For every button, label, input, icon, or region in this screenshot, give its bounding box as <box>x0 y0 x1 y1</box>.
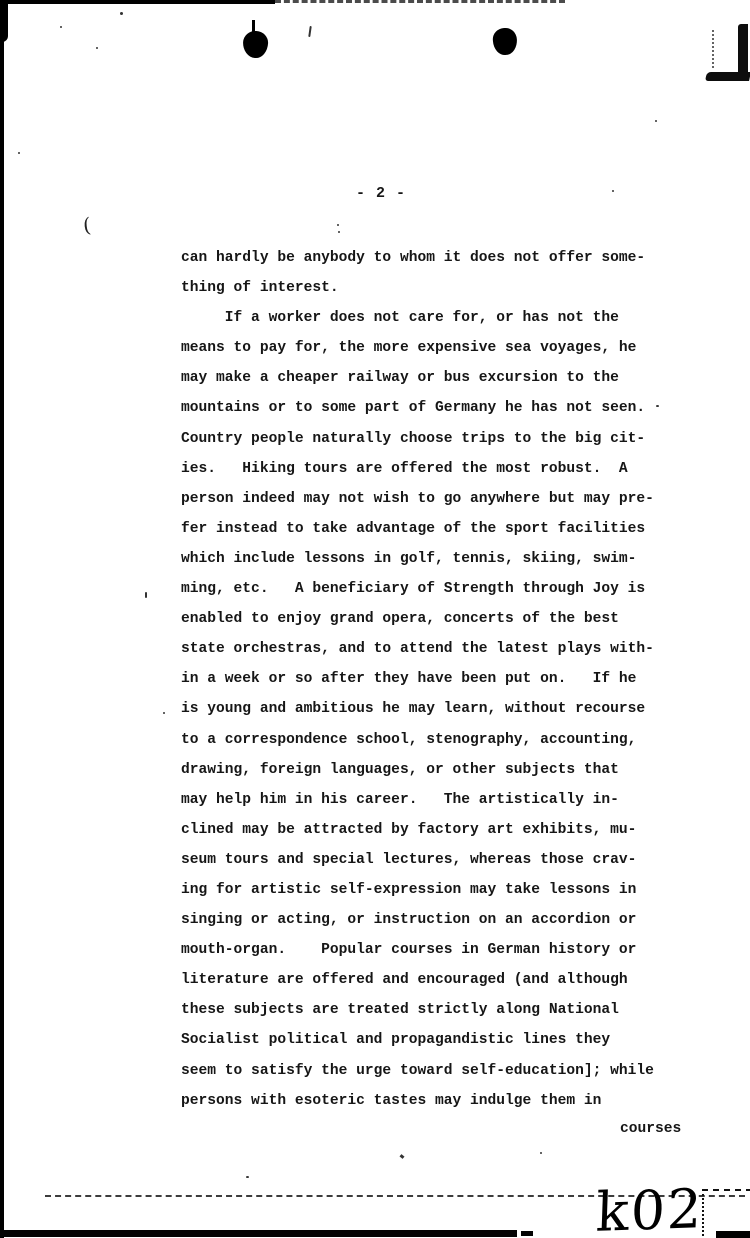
text-line: is young and ambitious he may learn, wit… <box>181 694 654 724</box>
text-line: ming, etc. A beneficiary of Strength thr… <box>181 574 654 604</box>
text-line: in a week or so after they have been put… <box>181 664 654 694</box>
scan-artifact-bottom-right-bar <box>716 1231 750 1238</box>
text-line: enabled to enjoy grand opera, concerts o… <box>181 604 654 634</box>
text-line: singing or acting, or instruction on an … <box>181 905 654 935</box>
hole-punch-dot-left <box>242 30 268 58</box>
scan-speck <box>612 190 614 192</box>
text-line: may help him in his career. The artistic… <box>181 785 654 815</box>
text-line: can hardly be anybody to whom it does no… <box>181 243 654 273</box>
stray-paren-mark: ( <box>82 213 92 238</box>
scan-speck <box>308 26 312 37</box>
text-line: clined may be attracted by factory art e… <box>181 815 654 845</box>
text-line: may make a cheaper railway or bus excurs… <box>181 363 654 393</box>
text-line: which include lessons in golf, tennis, s… <box>181 544 654 574</box>
text-line: person indeed may not wish to go anywher… <box>181 484 654 514</box>
text-line: literature are offered and encouraged (a… <box>181 965 654 995</box>
scan-artifact-top-right-horizontal <box>705 72 750 81</box>
scan-speck <box>246 1176 249 1178</box>
text-line: state orchestras, and to attend the late… <box>181 634 654 664</box>
text-line: If a worker does not care for, or has no… <box>181 303 654 333</box>
scan-speck <box>337 224 339 226</box>
scanned-document-page: - 2 - ( can hardly be anybody to whom it… <box>0 0 750 1238</box>
handwritten-code: k02 <box>595 1182 704 1238</box>
scan-edge-left <box>0 0 4 1238</box>
text-line: persons with esoteric tastes may indulge… <box>181 1086 654 1116</box>
scan-edge-top-dotted <box>275 0 565 3</box>
scan-speck <box>338 231 340 233</box>
scan-speck <box>96 47 98 49</box>
hole-punch-tail-mark <box>252 20 255 34</box>
scan-artifact-top-right-dots <box>712 30 730 68</box>
text-line: seum tours and special lectures, whereas… <box>181 845 654 875</box>
scan-speck <box>120 12 123 15</box>
catchword: courses <box>620 1121 681 1137</box>
text-line: drawing, foreign languages, or other sub… <box>181 755 654 785</box>
scan-speck <box>540 1152 542 1154</box>
text-line: fer instead to take advantage of the spo… <box>181 514 654 544</box>
text-line: Country people naturally choose trips to… <box>181 424 654 454</box>
scan-speck <box>163 712 165 714</box>
text-line: to a correspondence school, stenography,… <box>181 725 654 755</box>
scan-edge-top <box>0 0 275 4</box>
scan-artifact-bottom-right-box <box>702 1189 750 1238</box>
text-line: means to pay for, the more expensive sea… <box>181 333 654 363</box>
scan-speck <box>656 405 659 407</box>
text-line: Socialist political and propagandistic l… <box>181 1025 654 1055</box>
hole-punch-dot-right <box>492 27 518 56</box>
scan-speck <box>18 152 20 154</box>
scan-edge-bottom <box>0 1230 517 1237</box>
scan-edge-bottom-notch <box>521 1231 533 1236</box>
scan-edge-top-left-corner <box>0 0 8 42</box>
text-line: these subjects are treated strictly alon… <box>181 995 654 1025</box>
text-line: ies. Hiking tours are offered the most r… <box>181 454 654 484</box>
text-line: ing for artistic self-expression may tak… <box>181 875 654 905</box>
scan-speck <box>400 1154 405 1159</box>
page-number: - 2 - <box>356 185 406 202</box>
text-line: mouth-organ. Popular courses in German h… <box>181 935 654 965</box>
scan-speck <box>60 26 62 28</box>
document-body: can hardly be anybody to whom it does no… <box>181 243 654 1116</box>
text-line: seem to satisfy the urge toward self-edu… <box>181 1056 654 1086</box>
text-line: thing of interest. <box>181 273 654 303</box>
scan-speck <box>145 592 147 598</box>
scan-speck <box>655 120 657 122</box>
text-line: mountains or to some part of Germany he … <box>181 393 654 423</box>
